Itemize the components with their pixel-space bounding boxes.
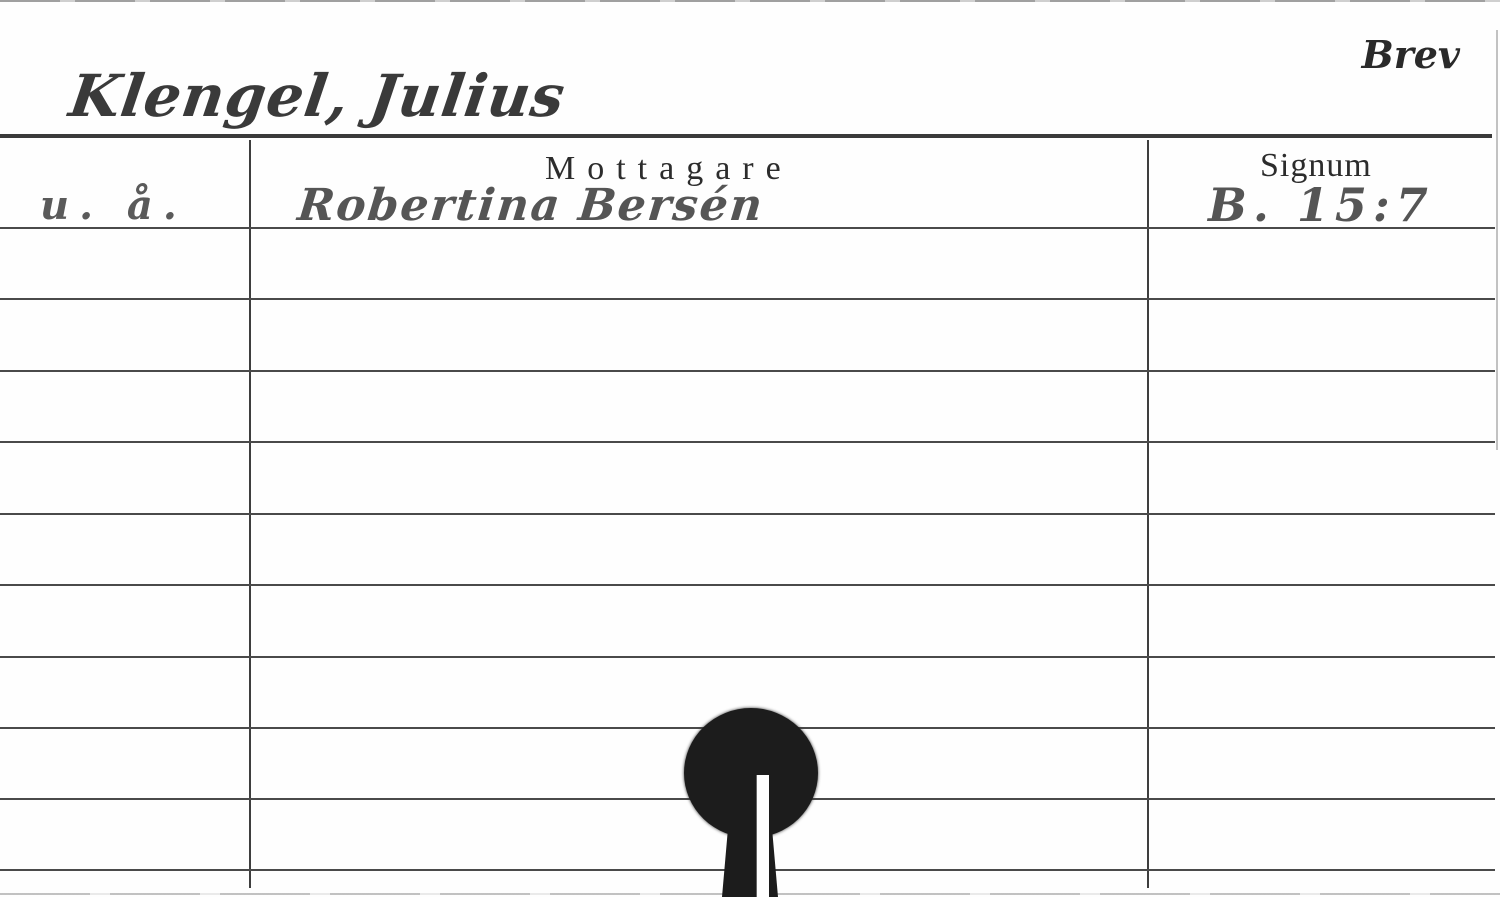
filing-rod-slit <box>756 775 769 897</box>
row-divider <box>0 513 1495 515</box>
row-divider <box>0 298 1495 300</box>
person-name: Klengel, Julius <box>65 62 569 130</box>
row-divider <box>0 656 1495 658</box>
row-divider <box>0 584 1495 586</box>
filing-hole <box>684 708 818 838</box>
entry-recipient: Robertina Bersén <box>295 180 766 231</box>
entry-date: u. å. <box>40 182 187 229</box>
header-divider <box>0 134 1492 138</box>
row-divider <box>0 370 1495 372</box>
card-top-edge <box>0 0 1500 2</box>
entry-shelfmark: B. 15:7 <box>1208 178 1434 232</box>
filing-hole-neck <box>722 820 778 897</box>
index-card: Brev Klengel, Julius Mottagare Signum u.… <box>0 0 1500 897</box>
row-divider <box>0 227 1495 229</box>
card-category: Brev <box>1362 32 1460 77</box>
row-divider <box>0 441 1495 443</box>
card-right-edge <box>1496 30 1498 450</box>
